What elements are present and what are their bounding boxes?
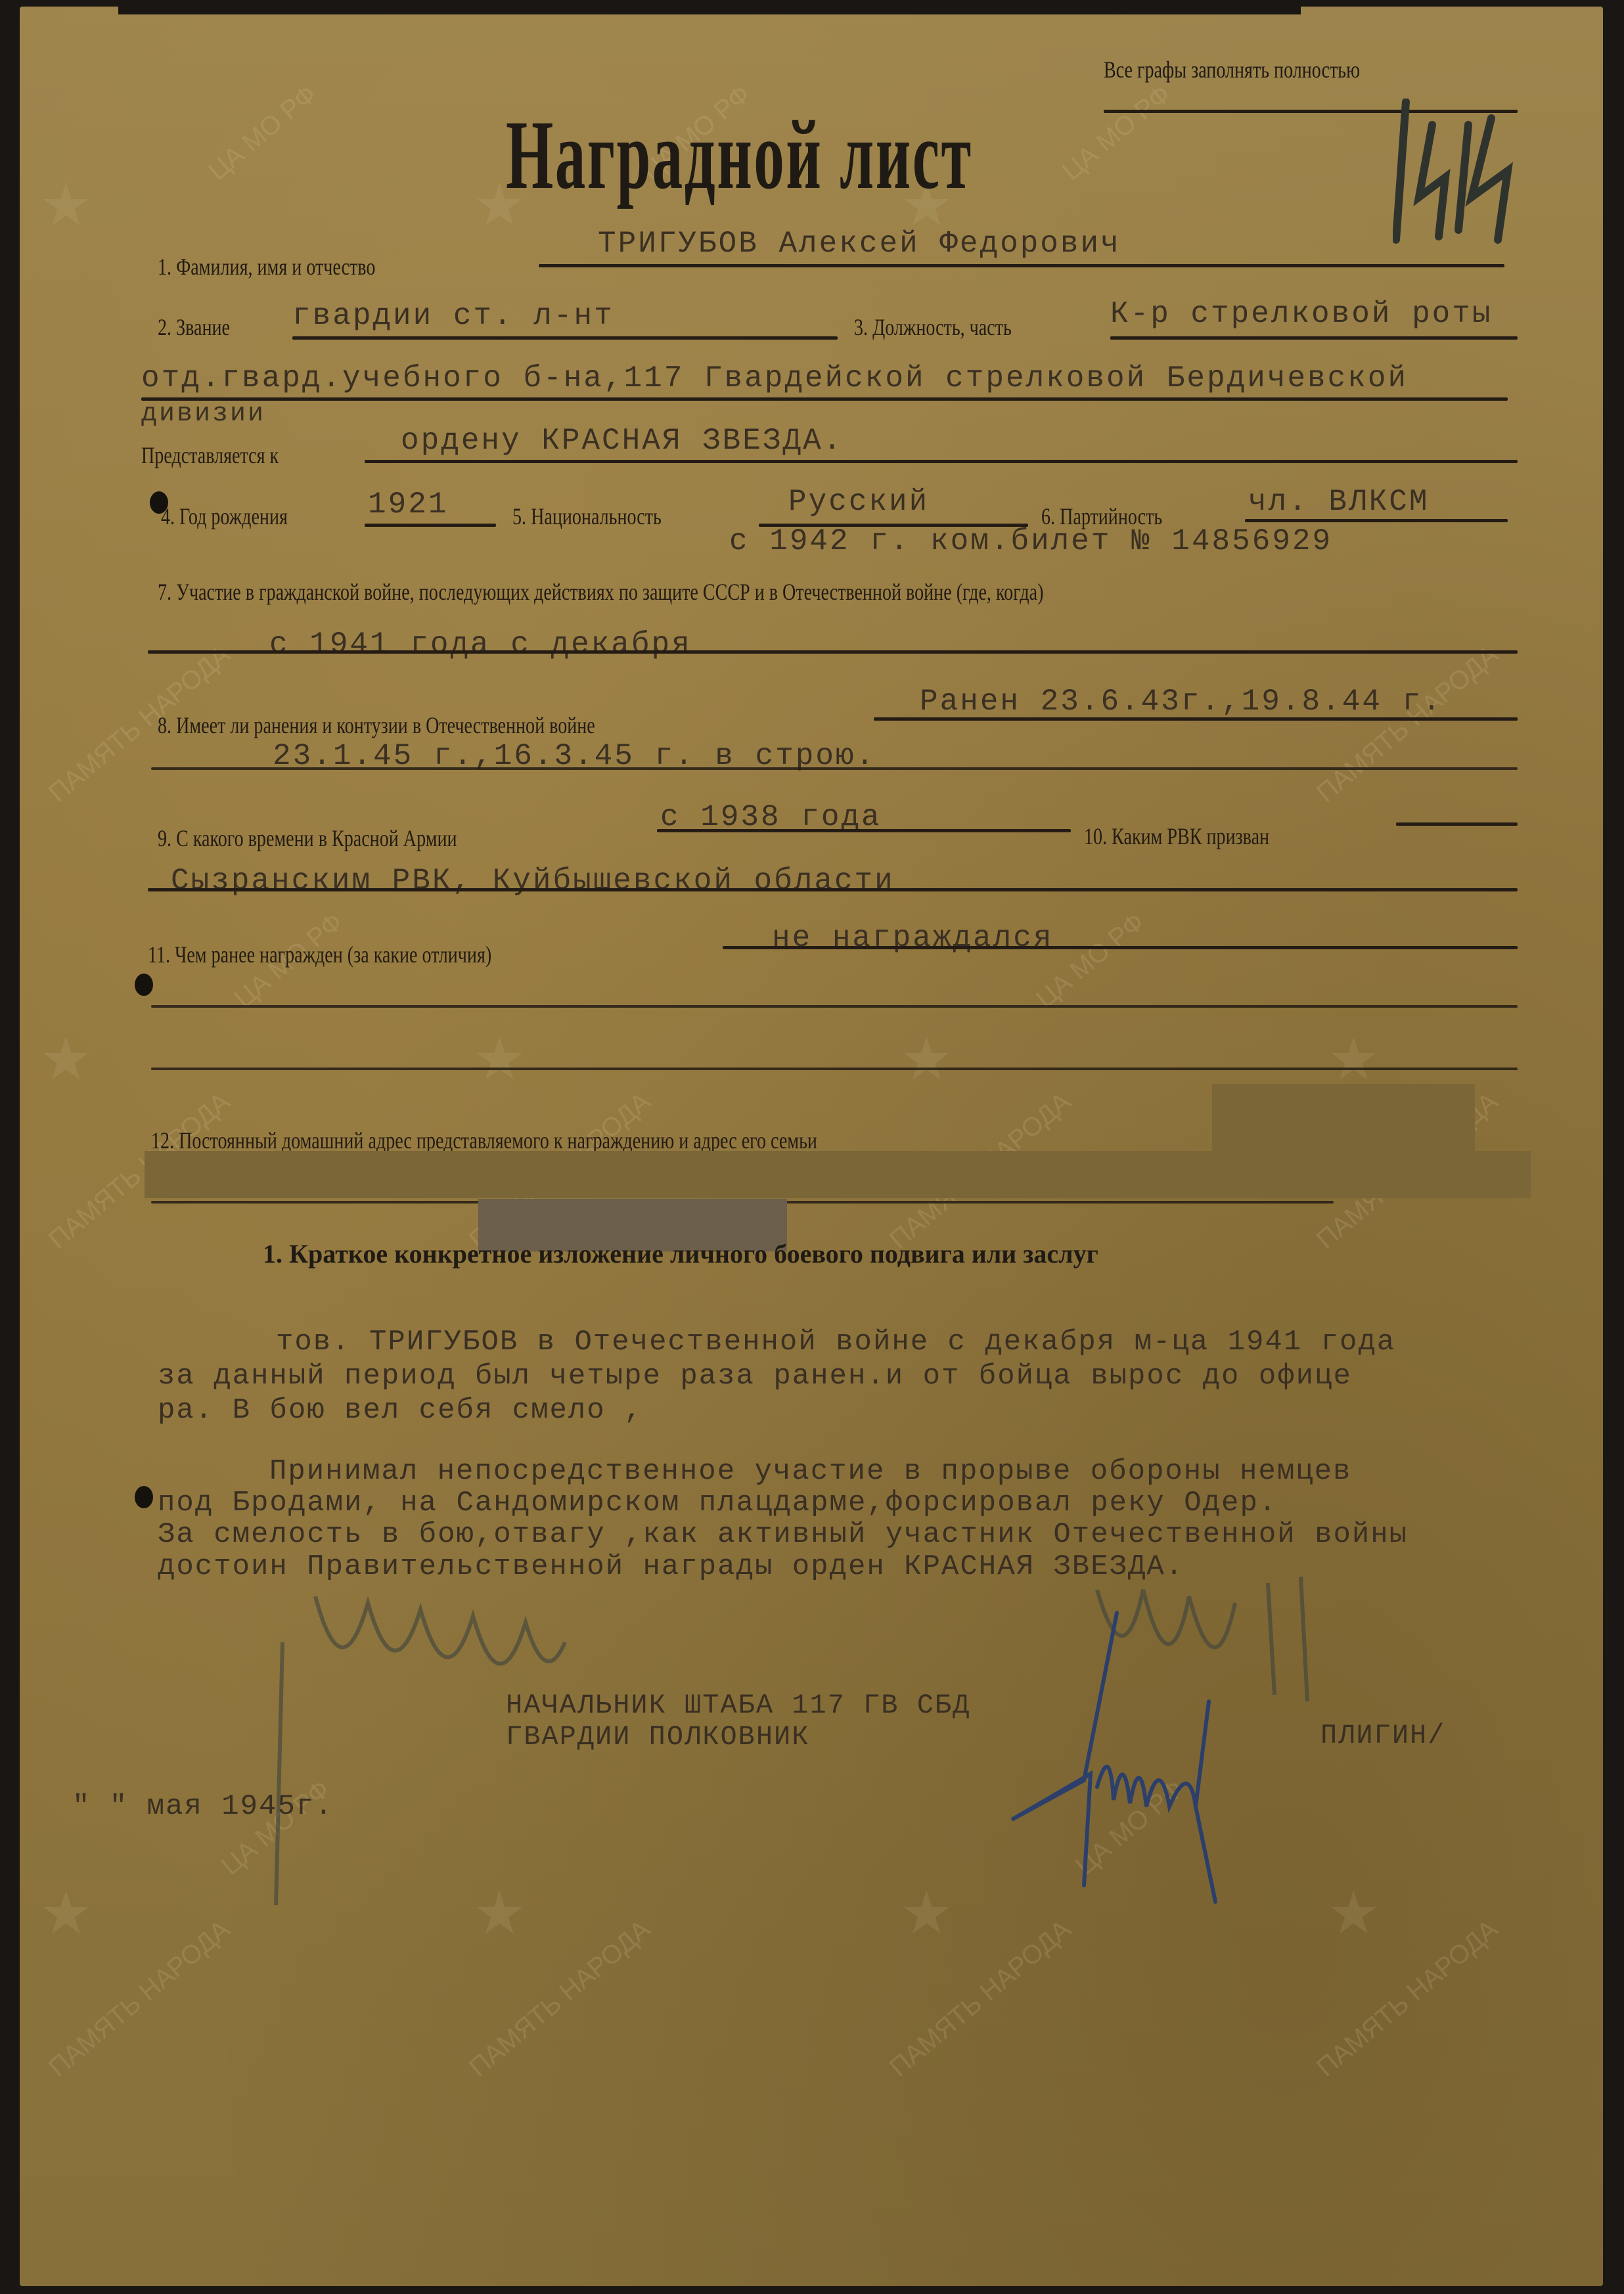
field-party-card: с 1942 г. ком.билет № 14856929 (729, 524, 1332, 558)
field-rank-label: 2. Звание (158, 313, 230, 341)
field-wounds-underline-2 (151, 767, 1518, 770)
field-name-label: 1. Фамилия, имя и отчество (158, 253, 375, 281)
field-birthyear-underline (365, 524, 496, 527)
presented-label: Представляется к (141, 441, 279, 469)
field-draft-office-value: Сызранским РВК, Куйбышевской области (171, 864, 895, 898)
field-wounds-label: 8. Имеет ли ранения и контузии в Отечест… (158, 711, 595, 739)
field-prior-awards-underline (723, 946, 1518, 949)
narrative-line: под Бродами, на Сандомирском плацдарме,ф… (158, 1487, 1277, 1519)
narrative-line: тов. ТРИГУБОВ в Отечественной войне с де… (276, 1326, 1395, 1359)
field-rank-underline (292, 336, 838, 340)
field-position-label: 3. Должность, часть (854, 313, 1012, 341)
header-note: Все графы заполнять полностью (1104, 56, 1360, 83)
redacted-address-block (1212, 1084, 1475, 1159)
section-heading: 1. Краткое конкретное изложение личного … (263, 1238, 1098, 1269)
field-address-label: 12. Постоянный домашний адрес представля… (151, 1127, 817, 1154)
narrative-line: Принимал непосредственное участие в прор… (269, 1455, 1351, 1488)
field-position-value: К-р стрелковой роты (1110, 297, 1493, 331)
handwritten-number-144 (1393, 99, 1544, 250)
field-party-value: чл. ВЛКСМ (1248, 485, 1429, 519)
narrative-line: ра. В бою вел себя смело , (158, 1394, 643, 1427)
field-rank-value: гвардии ст. л-нт (292, 299, 614, 333)
field-position-underline (1110, 336, 1518, 340)
field-draft-office-underline (1396, 822, 1518, 826)
field-birthyear-value: 1921 (368, 487, 448, 522)
field-party-underline (1245, 519, 1508, 522)
punch-hole (135, 1486, 153, 1508)
document-date: " " мая 1945г. (72, 1790, 334, 1823)
field-birthyear-label: 4. Год рождения (161, 503, 288, 530)
field-name-underline (539, 264, 1504, 267)
presented-value: ордену КРАСНАЯ ЗВЕЗДА. (401, 424, 843, 458)
field-army-since-underline (657, 829, 1071, 832)
page-title: Наградной лист (506, 99, 973, 212)
punch-hole (135, 974, 153, 996)
field-nationality-value: Русский (788, 485, 929, 519)
signatory-rank: ГВАРДИИ ПОЛКОВНИК (506, 1721, 809, 1753)
field-wounds-value: Ранен 23.6.43г.,19.8.44 г. (920, 685, 1443, 719)
field-war-participation-underline (148, 650, 1518, 654)
signatory-title: НАЧАЛЬНИК ШТАБА 117 ГВ СБД (506, 1690, 970, 1721)
field-prior-awards-underline-3 (151, 1068, 1518, 1070)
field-prior-awards-underline-2 (151, 1005, 1518, 1008)
ink-signature (999, 1609, 1340, 1905)
presented-underline (365, 460, 1518, 463)
field-draft-office-underline-2 (148, 888, 1518, 891)
field-position-unit-cont: дивизии (141, 399, 265, 429)
scan-edge (118, 7, 1301, 14)
field-prior-awards-value: не награждался (772, 921, 1053, 955)
field-draft-office-label: 10. Каким РВК призван (1084, 822, 1269, 850)
field-position-unit-underline (141, 397, 1508, 401)
field-name-value: ТРИГУБОВ Алексей Федорович (598, 227, 1121, 261)
field-war-participation-label: 7. Участие в гражданской войне, последую… (158, 578, 1043, 606)
narrative-line: За смелость в бою,отвагу ,как активный у… (158, 1518, 1408, 1551)
field-army-since-label: 9. С какого времени в Красной Армии (158, 824, 457, 852)
field-nationality-label: 5. Национальность (512, 503, 662, 530)
field-prior-awards-label: 11. Чем ранее награжден (за какие отличи… (148, 941, 491, 968)
narrative-line: за данный период был четыре раза ранен.и… (158, 1360, 1352, 1393)
field-wounds-underline (874, 717, 1518, 721)
field-position-unit: отд.гвард.учебного б-на,117 Гвардейской … (141, 361, 1408, 395)
redacted-address-block (145, 1151, 1531, 1198)
field-war-participation-value: с 1941 года с декабря (269, 627, 692, 662)
